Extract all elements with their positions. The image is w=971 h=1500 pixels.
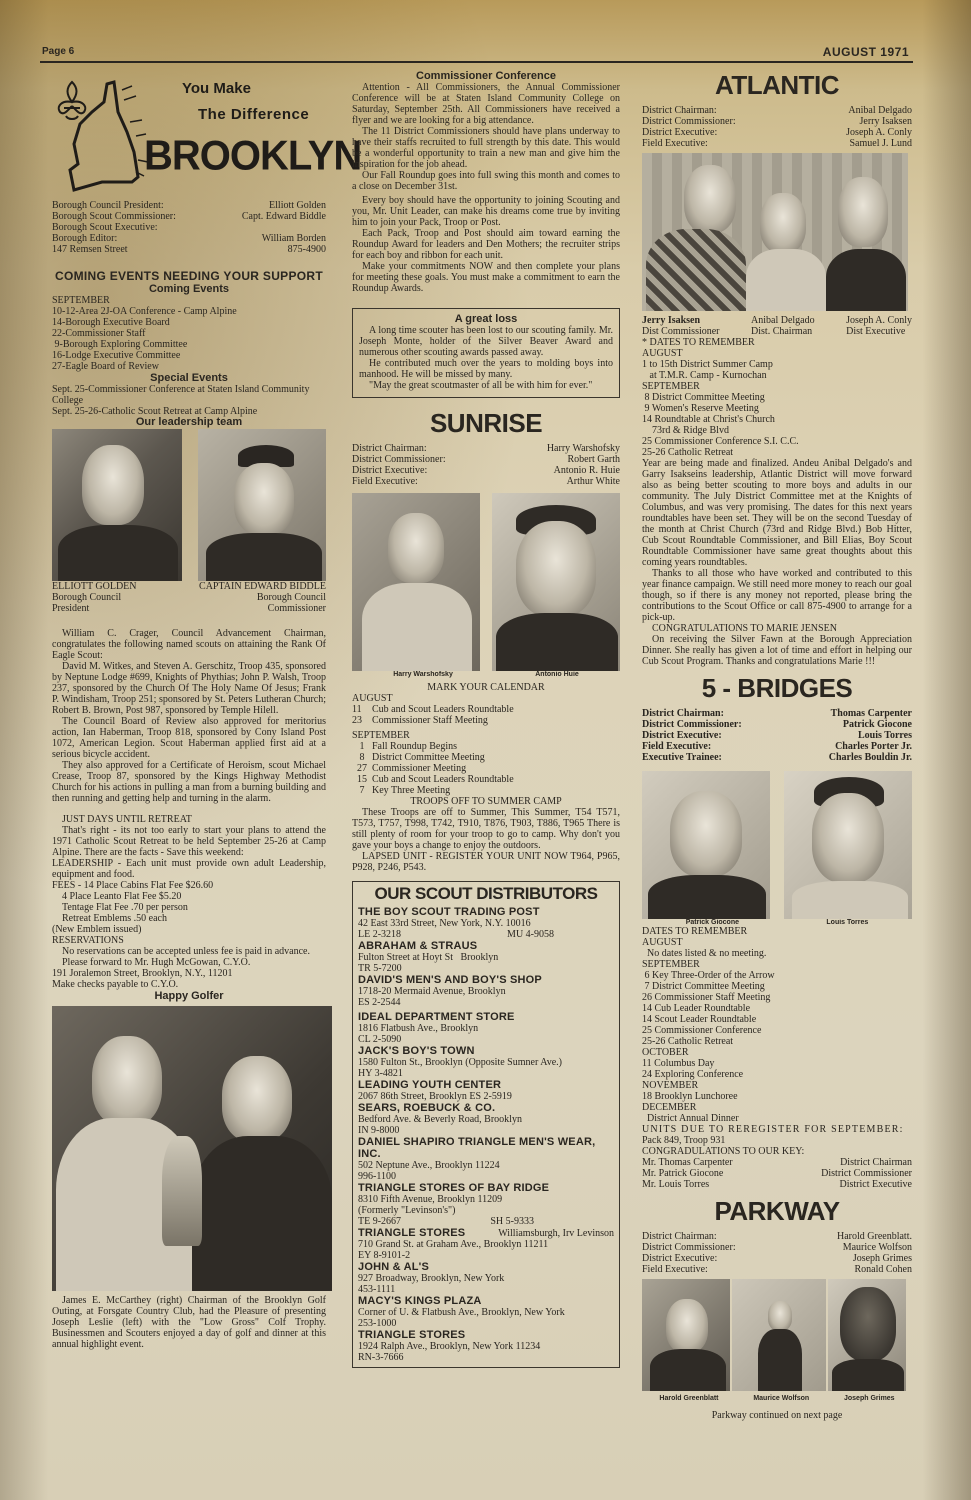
- calendar-month: AUGUST: [352, 693, 620, 704]
- distributor-name: DAVID'S MEN'S AND BOY'S SHOP: [358, 974, 614, 986]
- retreat-reservations-text: No reservations can be accepted unless f…: [52, 946, 326, 957]
- atlantic-date-item: 1 to 15th District Summer Camp: [642, 359, 912, 370]
- bridges-month: SEPTEMBER: [642, 959, 912, 970]
- key-name: Mr. Patrick Giocone: [642, 1168, 723, 1179]
- conference-paragraph: Our Fall Roundup goes into full swing th…: [352, 170, 620, 192]
- atlantic-date-item: 25 Commissioner Conference S.I. C.C.: [642, 436, 912, 447]
- retreat-heading: JUST DAYS UNTIL RETREAT: [52, 814, 326, 825]
- distributor-note: Williamsburgh, Irv Levinson: [498, 1228, 614, 1239]
- distributor-phone: LE 2-3218: [358, 929, 401, 940]
- distributor: DANIEL SHAPIRO TRIANGLE MEN'S WEAR, INC.…: [358, 1136, 614, 1182]
- roster-role: District Executive:: [642, 730, 789, 741]
- distributor: SEARS, ROEBUCK & CO. Bedford Ave. & Beve…: [358, 1102, 614, 1136]
- calendar-event: Cub and Scout Leaders Roundtable: [372, 774, 514, 785]
- roster-row: Field Executive:Ronald Cohen: [642, 1264, 912, 1275]
- reregister-units: Pack 849, Troop 931: [642, 1135, 912, 1146]
- column-brooklyn: You Make The Difference BROOKLYN Borough…: [52, 68, 326, 1350]
- roster-role: District Commissioner:: [642, 1242, 792, 1253]
- roster-name: Arthur White: [502, 476, 620, 487]
- photo-patrick-giocone: [642, 771, 770, 919]
- photo-harold-greenblatt: [642, 1279, 730, 1391]
- photo-caption: Maurice Wolfson: [753, 1395, 809, 1402]
- bridges-month: DECEMBER: [642, 1102, 912, 1113]
- key-title: District Executive: [840, 1179, 912, 1190]
- roster-role: Borough Editor:: [52, 233, 215, 244]
- retreat-address: 191 Joralemon Street, Brooklyn, N.Y., 11…: [52, 968, 326, 979]
- roster-role: Borough Scout Commissioner:: [52, 211, 215, 222]
- distributor: ABRAHAM & STRAUS Fulton Street at Hoyt S…: [358, 940, 614, 974]
- atlantic-month: AUGUST: [642, 348, 912, 359]
- distributor-name: LEADING YOUTH CENTER: [358, 1079, 614, 1091]
- leader-title: Borough Council: [199, 592, 326, 603]
- bridges-date-item: 26 Commissioner Staff Meeting: [642, 992, 912, 1003]
- event-item: 14-Borough Executive Board: [52, 317, 326, 328]
- calendar-event: Fall Roundup Begins: [372, 741, 457, 752]
- leader-title: Commissioner: [199, 603, 326, 614]
- distributor-phone: 253-1000: [358, 1318, 614, 1329]
- bridges-dates-heading: DATES TO REMEMBER: [642, 926, 912, 937]
- roster-name: Joseph A. Conly: [801, 127, 913, 138]
- roster-row: District Commissioner:Robert Garth: [352, 454, 620, 465]
- advancement-paragraph: The Council Board of Review also approve…: [52, 716, 326, 760]
- calendar-event: Cub and Scout Leaders Roundtable: [372, 704, 514, 715]
- caption-title: Dist. Chairman: [751, 326, 815, 337]
- distributor-phone: 453-1111: [358, 1284, 614, 1295]
- bridges-date-item: 18 Brooklyn Lunchoree: [642, 1091, 912, 1102]
- retreat-intro: That's right - its not too early to star…: [52, 825, 326, 858]
- calendar-event: Key Three Meeting: [372, 785, 450, 796]
- roster-name: Antonio R. Huie: [502, 465, 620, 476]
- photo-atlantic-leaders: [642, 153, 908, 311]
- roster-role: Field Executive:: [352, 476, 502, 487]
- roster-row: Borough Scout Executive:: [52, 222, 326, 233]
- congrats-heading: CONGRATULATIONS TO MARIE JENSEN: [642, 623, 912, 634]
- leader-name: CAPTAIN EDWARD BIDDLE: [199, 581, 326, 592]
- photo-antonio-huie: [492, 493, 620, 671]
- atlantic-month: SEPTEMBER: [642, 381, 912, 392]
- photo-happy-golfer: [52, 1006, 332, 1291]
- key-title: District Chairman: [840, 1157, 912, 1168]
- parkway-roster: District Chairman:Harold Greenblatt. Dis…: [642, 1231, 912, 1275]
- retreat-fee: FEES - 14 Place Cabins Flat Fee $26.60: [52, 880, 326, 891]
- distributor-name: SEARS, ROEBUCK & CO.: [358, 1102, 614, 1114]
- great-loss-paragraph: He contributed much over the years to mo…: [359, 358, 613, 380]
- distributor-phone: IN 9-8000: [358, 1125, 614, 1136]
- roster-row: Borough Editor:William Borden: [52, 233, 326, 244]
- calendar-event: Commissioner Meeting: [372, 763, 466, 774]
- page-number: Page 6: [42, 46, 74, 57]
- great-loss-heading: A great loss: [359, 313, 613, 325]
- roster-row: District Chairman:Harry Warshofsky: [352, 443, 620, 454]
- photo-caption: Harold Greenblatt: [659, 1395, 718, 1402]
- roster-row: District Executive:Joseph Grimes: [642, 1253, 912, 1264]
- distributor-address: (Formerly "Levinson's"): [358, 1205, 614, 1216]
- leader-caption: ELLIOTT GOLDEN Borough Council President: [52, 581, 137, 614]
- distributor-name: JACK'S BOY'S TOWN: [358, 1045, 614, 1057]
- leadership-captions: ELLIOTT GOLDEN Borough Council President…: [52, 581, 326, 614]
- distributor: LEADING YOUTH CENTER 2067 86th Street, B…: [358, 1079, 614, 1102]
- distributor-phone: RN-3-7666: [358, 1352, 614, 1363]
- key-name: Mr. Louis Torres: [642, 1179, 709, 1190]
- roster-row: District Chairman:Harold Greenblatt.: [642, 1231, 912, 1242]
- caption-title: Dist Executive: [846, 326, 912, 337]
- roster-role: District Chairman:: [642, 105, 801, 116]
- distributor-phones: TE 9-2667SH 5-9333: [358, 1216, 614, 1227]
- caption-name: Anibal Delgado: [751, 315, 815, 326]
- roster-name: Louis Torres: [789, 730, 912, 741]
- roster-role: District Executive:: [642, 127, 801, 138]
- distributor-phone: 996-1100: [358, 1171, 614, 1182]
- special-events-heading: Special Events: [52, 372, 326, 384]
- calendar-day: 23: [352, 715, 372, 726]
- brooklyn-title: BROOKLYN: [144, 133, 361, 180]
- golfer-caption: James E. McCarthey (right) Chairman of t…: [52, 1295, 326, 1350]
- roster-row: District Commissioner:Patrick Giocone: [642, 719, 912, 730]
- roster-name: Patrick Giocone: [789, 719, 912, 730]
- roster-name: 875-4900: [215, 244, 326, 255]
- roster-role: 147 Remsen Street: [52, 244, 215, 255]
- retreat-reservations-heading: RESERVATIONS: [52, 935, 326, 946]
- atlantic-date-item: at T.M.R. Camp - Kurnochan: [642, 370, 912, 381]
- photo-caption: Harry Warshofsky: [393, 671, 453, 678]
- coming-events-subheading: Coming Events: [52, 283, 326, 295]
- distributor: TRIANGLE STORES OF BAY RIDGE 8310 Fifth …: [358, 1182, 614, 1227]
- leader-caption: CAPTAIN EDWARD BIDDLE Borough Council Co…: [199, 581, 326, 614]
- distributor-name: TRIANGLE STORES: [358, 1329, 614, 1341]
- roster-row: District Executive:Antonio R. Huie: [352, 465, 620, 476]
- distributor-address: 927 Broadway, Brooklyn, New York: [358, 1273, 614, 1284]
- calendar-day: 11: [352, 704, 372, 715]
- retreat-fee: 4 Place Leanto Flat Fee $5.20: [52, 891, 326, 902]
- photo-caption: Patrick Giocone: [686, 919, 739, 926]
- photo-joseph-grimes: [828, 1279, 906, 1391]
- leader-title: Borough Council: [52, 592, 137, 603]
- retreat-checks: Make checks payable to C.Y.O.: [52, 979, 326, 990]
- roster-row: Field Executive:Charles Porter Jr.: [642, 741, 912, 752]
- calendar-item: 8District Committee Meeting: [352, 752, 620, 763]
- distributor-address: 8310 Fifth Avenue, Brooklyn 11209: [358, 1194, 614, 1205]
- atlantic-dates-heading: * DATES TO REMEMBER: [642, 337, 912, 348]
- distributor-phone: ES 2-2544: [358, 997, 614, 1008]
- sunrise-photo-captions: Harry Warshofsky Antonio Huie: [352, 671, 620, 678]
- roster-row: Executive Trainee:Charles Bouldin Jr.: [642, 752, 912, 763]
- borough-roster: Borough Council President:Elliott Golden…: [52, 200, 326, 255]
- conference-paragraph: Every boy should have the opportunity to…: [352, 195, 620, 228]
- distributor-name: DANIEL SHAPIRO TRIANGLE MEN'S WEAR, INC.: [358, 1136, 614, 1160]
- tagline-you-make: You Make: [182, 80, 251, 97]
- bridges-date-item: No dates listed & no meeting.: [642, 948, 912, 959]
- distributor-address: 710 Grand St. at Graham Ave., Brooklyn 1…: [358, 1239, 614, 1250]
- summer-camp-text: These Troops are off to Summer, This Sum…: [352, 807, 620, 851]
- bridges-date-item: 11 Columbus Day: [642, 1058, 912, 1069]
- distributor-address: Fulton Street at Hoyt St Brooklyn: [358, 952, 614, 963]
- photo-caption: Joseph A. ConlyDist Executive: [846, 315, 912, 337]
- retreat-fee: Tentage Flat Fee .70 per person: [52, 902, 326, 913]
- event-item: 16-Lodge Executive Committee: [52, 350, 326, 361]
- bridges-date-item: 7 District Committee Meeting: [642, 981, 912, 992]
- coming-events-month: SEPTEMBER: [52, 295, 326, 306]
- atlantic-date-item: 8 District Committee Meeting: [642, 392, 912, 403]
- leadership-photos: [52, 429, 326, 581]
- calendar-item: 23Commissioner Staff Meeting: [352, 715, 620, 726]
- atlantic-photo-captions: Jerry IsaksenDist Commissioner Anibal De…: [642, 315, 912, 337]
- roster-name: Joseph Grimes: [792, 1253, 912, 1264]
- bridges-photo-captions: Patrick Giocone Louis Torres: [642, 919, 912, 926]
- photo-maurice-wolfson: [732, 1279, 826, 1391]
- golf-trophy: [162, 1136, 202, 1246]
- roster-row: District Commissioner:Jerry Isaksen: [642, 116, 912, 127]
- photo-harry-warshofsky: [352, 493, 480, 671]
- distributor: JACK'S BOY'S TOWN 1580 Fulton St., Brook…: [358, 1045, 614, 1079]
- retreat-emblem-note: (New Emblem issued): [52, 924, 326, 935]
- parkway-title: PARKWAY: [642, 1196, 912, 1227]
- photo-edward-biddle: [198, 429, 326, 581]
- special-event-item: Sept. 25-Commissioner Conference at Stat…: [52, 384, 326, 406]
- bridges-roster: District Chairman:Thomas Carpenter Distr…: [642, 708, 912, 763]
- atlantic-roster: District Chairman:Anibal Delgado Distric…: [642, 105, 912, 149]
- distributor-name: MACY'S KINGS PLAZA: [358, 1295, 614, 1307]
- calendar-item: 7Key Three Meeting: [352, 785, 620, 796]
- roster-role: District Commissioner:: [352, 454, 502, 465]
- bridges-month: NOVEMBER: [642, 1080, 912, 1091]
- distributor-name: THE BOY SCOUT TRADING POST: [358, 906, 614, 918]
- roster-row: District Chairman:Thomas Carpenter: [642, 708, 912, 719]
- roster-role: District Executive:: [642, 1253, 792, 1264]
- atlantic-title: ATLANTIC: [642, 70, 912, 101]
- roster-name: Harry Warshofsky: [502, 443, 620, 454]
- key-row: Mr. Patrick GioconeDistrict Commissioner: [642, 1168, 912, 1179]
- column-middle: Commissioner Conference Attention - All …: [352, 70, 620, 1368]
- photo-caption: Jerry IsaksenDist Commissioner: [642, 315, 720, 337]
- distributor-address: 2067 86th Street, Brooklyn ES 2-5919: [358, 1091, 614, 1102]
- distributor-address: 1580 Fulton St., Brooklyn (Opposite Sumn…: [358, 1057, 614, 1068]
- distributors-box: OUR SCOUT DISTRIBUTORS THE BOY SCOUT TRA…: [352, 881, 620, 1368]
- photo-caption: Joseph Grimes: [844, 1395, 895, 1402]
- issue-date: AUGUST 1971: [823, 45, 909, 59]
- atlantic-date-item: 25-26 Catholic Retreat: [642, 447, 912, 458]
- distributor-address: 1924 Ralph Ave., Brooklyn, New York 1123…: [358, 1341, 614, 1352]
- calendar-item: 15Cub and Scout Leaders Roundtable: [352, 774, 620, 785]
- calendar-day: 15: [352, 774, 372, 785]
- roster-row: Borough Scout Commissioner:Capt. Edward …: [52, 211, 326, 222]
- roster-row: Borough Council President:Elliott Golden: [52, 200, 326, 211]
- advancement-paragraph: They also approved for a Certificate of …: [52, 760, 326, 804]
- distributor-phone: SH 5-9333: [490, 1216, 534, 1227]
- caption-name: Joseph A. Conly: [846, 315, 912, 326]
- roster-name: [215, 222, 326, 233]
- calendar-heading: MARK YOUR CALENDAR: [352, 682, 620, 693]
- distributor: TRIANGLE STORESWilliamsburgh, Irv Levins…: [358, 1227, 614, 1261]
- event-item: 27-Eagle Board of Review: [52, 361, 326, 372]
- distributor: MACY'S KINGS PLAZA Corner of U. & Flatbu…: [358, 1295, 614, 1329]
- calendar-month: SEPTEMBER: [352, 730, 620, 741]
- roster-name: Capt. Edward Biddle: [215, 211, 326, 222]
- roster-name: Harold Greenblatt.: [792, 1231, 912, 1242]
- roster-name: Robert Garth: [502, 454, 620, 465]
- caption-name: Jerry Isaksen: [642, 315, 720, 326]
- atlantic-date-item: 73rd & Ridge Blvd: [642, 425, 912, 436]
- calendar-item: 27Commissioner Meeting: [352, 763, 620, 774]
- congrats-text: On receiving the Silver Fawn at the Boro…: [642, 634, 912, 667]
- distributor-name-row: TRIANGLE STORESWilliamsburgh, Irv Levins…: [358, 1227, 614, 1239]
- conference-paragraph: Each Pack, Troop and Post should aim tow…: [352, 228, 620, 261]
- key-row: Mr. Louis TorresDistrict Executive: [642, 1179, 912, 1190]
- roster-row: District Commissioner:Maurice Wolfson: [642, 1242, 912, 1253]
- header-rule: [40, 61, 913, 63]
- roster-name: Jerry Isaksen: [801, 116, 913, 127]
- distributor-name: TRIANGLE STORES OF BAY RIDGE: [358, 1182, 614, 1194]
- photo-caption: Louis Torres: [826, 919, 868, 926]
- summer-camp-heading: TROOPS OFF TO SUMMER CAMP: [352, 796, 620, 807]
- parkway-photos: [642, 1279, 912, 1391]
- commissioner-conference-heading: Commissioner Conference: [352, 70, 620, 82]
- bridges-date-item: 14 Scout Leader Roundtable: [642, 1014, 912, 1025]
- distributor-address: Corner of U. & Flatbush Ave., Brooklyn, …: [358, 1307, 614, 1318]
- roster-name: Charles Porter Jr.: [789, 741, 912, 752]
- coming-events-heading: COMING EVENTS NEEDING YOUR SUPPORT: [52, 269, 326, 283]
- roster-role: District Chairman:: [642, 708, 789, 719]
- distributor-address: 1718-20 Mermaid Avenue, Brooklyn: [358, 986, 614, 997]
- conference-paragraph: Make your commitments NOW and then compl…: [352, 261, 620, 294]
- bridges-date-item: 14 Cub Leader Roundtable: [642, 1003, 912, 1014]
- bridges-date-item: 25 Commissioner Conference: [642, 1025, 912, 1036]
- tagline-the-difference: The Difference: [198, 106, 309, 123]
- roster-name: Charles Bouldin Jr.: [789, 752, 912, 763]
- roster-role: District Commissioner:: [642, 719, 789, 730]
- distributor-name: IDEAL DEPARTMENT STORE: [358, 1011, 614, 1023]
- event-item: 9-Borough Exploring Committee: [52, 339, 326, 350]
- calendar-day: 27: [352, 763, 372, 774]
- photo-louis-torres: [784, 771, 912, 919]
- distributor-phone: EY 8-9101-2: [358, 1250, 614, 1261]
- sunrise-roster: District Chairman:Harry Warshofsky Distr…: [352, 443, 620, 487]
- distributor-address: 42 East 33rd Street, New York, N.Y. 1001…: [358, 918, 614, 929]
- roster-role: Field Executive:: [642, 138, 801, 149]
- brooklyn-masthead: You Make The Difference BROOKLYN: [52, 68, 326, 200]
- conference-paragraph: The 11 District Commissioners should hav…: [352, 126, 620, 170]
- leader-name: ELLIOTT GOLDEN: [52, 581, 137, 592]
- atlantic-date-item: 9 Women's Reserve Meeting: [642, 403, 912, 414]
- roster-name: Thomas Carpenter: [789, 708, 912, 719]
- distributor-address: 1816 Flatbush Ave., Brooklyn: [358, 1023, 614, 1034]
- photo-elliott-golden: [52, 429, 182, 581]
- bridges-date-item: 24 Exploring Conference: [642, 1069, 912, 1080]
- distributor-phone: HY 3-4821: [358, 1068, 614, 1079]
- photo-caption: Anibal DelgadoDist. Chairman: [751, 315, 815, 337]
- roster-row: 147 Remsen Street875-4900: [52, 244, 326, 255]
- roster-name: Ronald Cohen: [792, 1264, 912, 1275]
- calendar-day: 1: [352, 741, 372, 752]
- atlantic-date-item: 14 Roundtable at Christ's Church: [642, 414, 912, 425]
- caption-title: Dist Commissioner: [642, 326, 720, 337]
- great-loss-paragraph: A long time scouter has been lost to our…: [359, 325, 613, 358]
- leader-title: President: [52, 603, 137, 614]
- roster-role: Executive Trainee:: [642, 752, 789, 763]
- distributor: DAVID'S MEN'S AND BOY'S SHOP 1718-20 Mer…: [358, 974, 614, 1008]
- roster-name: Anibal Delgado: [801, 105, 913, 116]
- distributor-address: Bedford Ave. & Beverly Road, Brooklyn: [358, 1114, 614, 1125]
- parkway-continued-link: Parkway continued on next page: [642, 1410, 912, 1421]
- roster-name: Maurice Wolfson: [792, 1242, 912, 1253]
- atlantic-paragraph: Year are being made and finalized. Andeu…: [642, 458, 912, 568]
- reregister-heading: UNITS DUE TO REREGISTER FOR SEPTEMBER:: [642, 1124, 912, 1135]
- column-districts: ATLANTIC District Chairman:Anibal Delgad…: [642, 68, 912, 1421]
- calendar-item: 11Cub and Scout Leaders Roundtable: [352, 704, 620, 715]
- sunrise-title: SUNRISE: [352, 408, 620, 439]
- calendar-event: District Committee Meeting: [372, 752, 485, 763]
- bridges-date-item: District Annual Dinner: [642, 1113, 912, 1124]
- retreat-forward: Please forward to Mr. Hugh McGowan, C.Y.…: [52, 957, 326, 968]
- roster-name: Samuel J. Lund: [801, 138, 913, 149]
- calendar-item: 1Fall Roundup Begins: [352, 741, 620, 752]
- lapsed-unit-text: LAPSED UNIT - REGISTER YOUR UNIT NOW T96…: [352, 851, 620, 873]
- roster-role: Field Executive:: [642, 1264, 792, 1275]
- bridges-date-item: 6 Key Three-Order of the Arrow: [642, 970, 912, 981]
- distributor-name: ABRAHAM & STRAUS: [358, 940, 614, 952]
- distributor-phone: TE 9-2667: [358, 1216, 401, 1227]
- advancement-paragraph: William C. Crager, Council Advancement C…: [52, 628, 326, 661]
- key-title: District Commissioner: [821, 1168, 912, 1179]
- bridges-date-item: 25-26 Catholic Retreat: [642, 1036, 912, 1047]
- roster-name: William Borden: [215, 233, 326, 244]
- sunrise-photos: [352, 493, 620, 671]
- distributor: IDEAL DEPARTMENT STORE 1816 Flatbush Ave…: [358, 1011, 614, 1045]
- roster-role: District Chairman:: [642, 1231, 792, 1242]
- retreat-leadership: LEADERSHIP - Each unit must provide own …: [52, 858, 326, 880]
- roster-row: District Chairman:Anibal Delgado: [642, 105, 912, 116]
- roster-role: District Executive:: [352, 465, 502, 476]
- photo-caption: Antonio Huie: [535, 671, 579, 678]
- key-row: Mr. Thomas CarpenterDistrict Chairman: [642, 1157, 912, 1168]
- roster-role: Borough Scout Executive:: [52, 222, 215, 233]
- great-loss-box: A great loss A long time scouter has bee…: [352, 308, 620, 398]
- roster-role: District Chairman:: [352, 443, 502, 454]
- calendar-event: Commissioner Staff Meeting: [372, 715, 488, 726]
- leadership-heading: Our leadership team: [52, 417, 326, 427]
- great-loss-paragraph: "May the great scoutmaster of all be wit…: [359, 380, 613, 391]
- roster-row: District Executive:Louis Torres: [642, 730, 912, 741]
- roster-name: Elliott Golden: [215, 200, 326, 211]
- roster-row: District Executive:Joseph A. Conly: [642, 127, 912, 138]
- distributor-name: TRIANGLE STORES: [358, 1227, 465, 1239]
- advancement-paragraph: David M. Witkes, and Steven A. Gerschitz…: [52, 661, 326, 716]
- roster-role: Field Executive:: [642, 741, 789, 752]
- event-item: 10-12-Area 2J-OA Conference - Camp Alpin…: [52, 306, 326, 317]
- distributor-phone: MU 4-9058: [507, 929, 554, 940]
- distributor-address: 502 Neptune Ave., Brooklyn 11224: [358, 1160, 614, 1171]
- bridges-photos: [642, 771, 912, 919]
- distributor-phone: TR 5-7200: [358, 963, 614, 974]
- distributors-heading: OUR SCOUT DISTRIBUTORS: [358, 884, 614, 904]
- roster-role: Borough Council President:: [52, 200, 215, 211]
- distributor: JOHN & AL'S 927 Broadway, Brooklyn, New …: [358, 1261, 614, 1295]
- calendar-day: 7: [352, 785, 372, 796]
- happy-golfer-heading: Happy Golfer: [52, 990, 326, 1002]
- conference-paragraph: Attention - All Commissioners, the Annua…: [352, 82, 620, 126]
- distributor: TRIANGLE STORES 1924 Ralph Ave., Brookly…: [358, 1329, 614, 1363]
- distributor-name: JOHN & AL'S: [358, 1261, 614, 1273]
- event-item: 22-Commissioner Staff: [52, 328, 326, 339]
- atlantic-paragraph: Thanks to all those who have worked and …: [642, 568, 912, 623]
- calendar-day: 8: [352, 752, 372, 763]
- key-name: Mr. Thomas Carpenter: [642, 1157, 733, 1168]
- distributor: THE BOY SCOUT TRADING POST 42 East 33rd …: [358, 906, 614, 940]
- key-heading: CONGRADULATIONS TO OUR KEY:: [642, 1146, 912, 1157]
- parkway-photo-captions: Harold Greenblatt Maurice Wolfson Joseph…: [642, 1395, 912, 1402]
- bridges-month: OCTOBER: [642, 1047, 912, 1058]
- distributor-phone: CL 2-5090: [358, 1034, 614, 1045]
- bridges-title: 5 - BRIDGES: [642, 673, 912, 704]
